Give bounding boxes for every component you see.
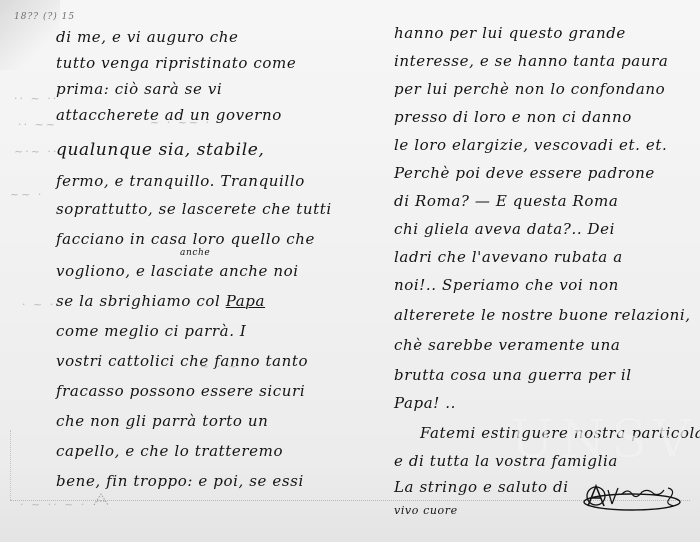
line-text: se la sbrighiamo col [56,292,226,310]
letter-line: chè sarebbe veramente una [394,336,620,354]
letter-line: di Roma? — E questa Roma [394,192,618,210]
bleed-through-mark: · ~ ·· ~ · [20,498,86,511]
letter-line: come meglio ci parrà. I [56,322,246,340]
letter-line: le loro elargizie, vescovadi et. et. [394,136,667,154]
letter-line: tutto venga ripristinato come [56,54,296,72]
underlined-word-papa: Papa [226,292,265,310]
signature [582,480,682,514]
letter-line: qualunque sia, stabile, [56,140,264,160]
letter-line: fracasso possono essere sicuri [56,382,305,400]
letter-line: che non gli parrà torto un [56,412,268,430]
letter-line: ladri che l'avevano rubata a [394,248,623,266]
letter-line: fermo, e tranquillo. Tranquillo [56,172,305,190]
letter-line: vivo cuore [394,504,458,517]
letter-line: di me, e vi auguro che [56,28,238,46]
monogram-signature-icon [582,480,682,514]
faint-stamp-mark [92,492,110,506]
letter-line: interesse, e se hanno tanta paura [394,52,668,70]
letter-line: se la sbrighiamo col Papa [56,292,265,310]
interlinear-insertion: anche [180,248,210,258]
bleed-through-mark: ~~ · [10,188,43,201]
letter-line: vostri cattolici che fanno tanto [56,352,308,370]
letter-line: vogliono, e lasciate anche noi [56,262,299,280]
letter-line: La stringo e saluto di [394,478,569,496]
bleed-through-mark: · ~ ·· [22,298,61,311]
letter-line: prima: ciò sarà se vi [56,80,222,98]
letter-line: brutta cosa una guerra per il [394,366,632,384]
letter-scan: 18?? (?) 15 ·· ~ ·· ·· ~~ ~·~ ·· ~~ · · … [0,0,700,542]
bleed-through-mark: ·· ~~ [18,118,57,131]
bleed-through-mark: ~·~ ·· [14,145,58,158]
letter-line: presso di loro e non ci danno [394,108,632,126]
letter-line: chi gliela aveva data?.. Dei [394,220,615,238]
letter-line: altererete le nostre buone relazioni, [394,306,691,324]
letter-line: bene, fin troppo: e poi, se essi [56,472,304,490]
left-page: 18?? (?) 15 ·· ~ ·· ·· ~~ ~·~ ·· ~~ · · … [0,0,350,542]
letter-line: capello, e che lo tratteremo [56,442,283,460]
closing-text: vivo cuore [394,504,458,517]
letter-line: noi!.. Speriamo che voi non [394,276,619,294]
bleed-through-mark: ·· ~ ·· [14,92,58,105]
letter-line: soprattutto, se lascerete che tutti [56,200,332,218]
letter-line: facciano in casa loro quello che [56,230,315,248]
letter-line: hanno per lui questo grande [394,24,626,42]
right-page: hanno per lui questo grande interesse, e… [350,0,700,542]
archival-header-note: 18?? (?) 15 [14,12,75,22]
letter-line: per lui perchè non lo confondano [394,80,665,98]
letter-line: e di tutta la vostra famiglia [394,452,618,470]
letter-line: Perchè poi deve essere padrone [394,164,655,182]
letter-line: Fatemi estinguere nostra particolare [420,424,700,442]
letter-line: attaccherete ad un governo [56,106,282,124]
letter-line: Papa! .. [394,394,456,412]
